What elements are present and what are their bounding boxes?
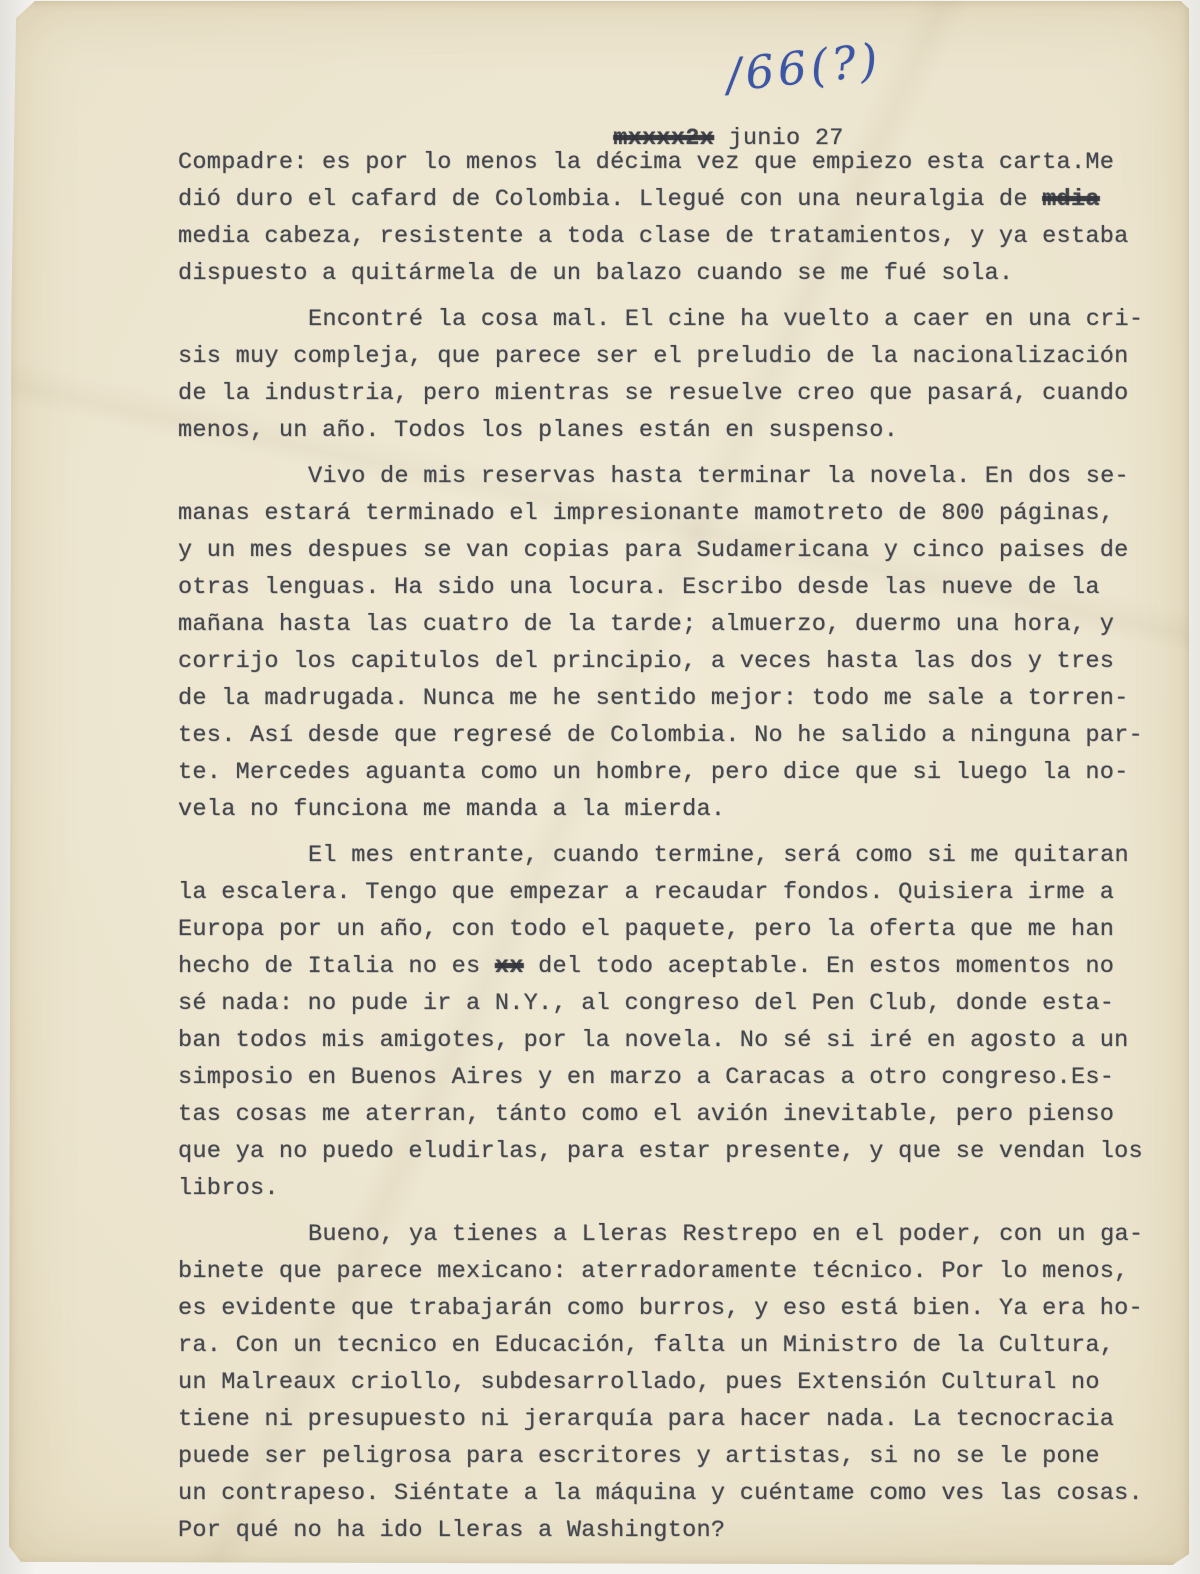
struck-out-text: mxxxx2x [613, 125, 714, 152]
letter-line: binete que parece mexicano: aterradorame… [178, 1253, 1153, 1290]
letter-paragraph: Vivo de mis reservas hasta terminar la n… [178, 458, 1153, 828]
letter-paragraph: Compadre: es por lo menos la décima vez … [178, 144, 1153, 292]
letter-paragraph: Bueno, ya tienes a Lleras Restrepo en el… [178, 1216, 1153, 1549]
letter-line: puede ser peligrosa para escritores y ar… [178, 1438, 1153, 1475]
date-line: mxxxx2x junio 27 /66(?) [178, 83, 1153, 120]
letter-line: hecho de Italia no es xx del todo acepta… [178, 948, 1153, 985]
letter-line: El mes entrante, cuando termine, será co… [178, 837, 1153, 874]
letter-line: y un mes despues se van copias para Suda… [178, 532, 1153, 569]
letter-line: corrijo los capitulos del principio, a v… [178, 643, 1153, 680]
letter-line: ra. Con un tecnico en Educación, falta u… [178, 1327, 1153, 1364]
letter-paragraph: El mes entrante, cuando termine, será co… [178, 837, 1153, 1207]
letter-paragraph: Encontré la cosa mal. El cine ha vuelto … [178, 301, 1153, 449]
letter-text-column: mxxxx2x junio 27 /66(?) Compadre: es por… [178, 83, 1153, 1549]
letter-line: media cabeza, resistente a toda clase de… [178, 218, 1153, 255]
struck-out-text: xx [495, 953, 524, 980]
letter-line: libros. [178, 1170, 1153, 1207]
letter-line: Vivo de mis reservas hasta terminar la n… [178, 458, 1153, 495]
letter-line: tas cosas me aterran, tánto como el avió… [178, 1096, 1153, 1133]
letter-line: dió duro el cafard de Colombia. Llegué c… [178, 181, 1153, 218]
letter-line: te. Mercedes aguanta como un hombre, per… [178, 754, 1153, 791]
letter-line: dispuesto a quitármela de un balazo cuan… [178, 255, 1153, 292]
letter-line: menos, un año. Todos los planes están en… [178, 412, 1153, 449]
letter-line: ban todos mis amigotes, por la novela. N… [178, 1022, 1153, 1059]
letter-page: mxxxx2x junio 27 /66(?) Compadre: es por… [9, 1, 1189, 1565]
letter-line: tiene ni presupuesto ni jerarquía para h… [178, 1401, 1153, 1438]
letter-line: un contrapeso. Siéntate a la máquina y c… [178, 1475, 1153, 1512]
letter-line: simposio en Buenos Aires y en marzo a Ca… [178, 1059, 1153, 1096]
letter-line: sé nada: no pude ir a N.Y., al congreso … [178, 985, 1153, 1022]
letter-line: Por qué no ha ido Lleras a Washington? [178, 1512, 1153, 1549]
letter-line: Bueno, ya tienes a Lleras Restrepo en el… [178, 1216, 1153, 1253]
letter-line: es evidente que trabajarán como burros, … [178, 1290, 1153, 1327]
letter-line: la escalera. Tengo que empezar a recauda… [178, 874, 1153, 911]
letter-line: sis muy compleja, que parece ser el prel… [178, 338, 1153, 375]
letter-line: manas estará terminado el impresionante … [178, 495, 1153, 532]
letter-body: Compadre: es por lo menos la décima vez … [178, 144, 1153, 1549]
letter-line: un Malreaux criollo, subdesarrollado, pu… [178, 1364, 1153, 1401]
letter-line: otras lenguas. Ha sido una locura. Escri… [178, 569, 1153, 606]
letter-line: mañana hasta las cuatro de la tarde; alm… [178, 606, 1153, 643]
handwritten-year-annotation: /66(?) [724, 41, 883, 94]
letter-line: tes. Así desde que regresé de Colombia. … [178, 717, 1153, 754]
typed-date: mxxxx2x junio 27 [613, 125, 843, 152]
letter-line: vela no funciona me manda a la mierda. [178, 791, 1153, 828]
scan-background: mxxxx2x junio 27 /66(?) Compadre: es por… [0, 0, 1200, 1574]
letter-line: de la industria, pero mientras se resuel… [178, 375, 1153, 412]
letter-line: Europa por un año, con todo el paquete, … [178, 911, 1153, 948]
letter-line: de la madrugada. Nunca me he sentido mej… [178, 680, 1153, 717]
letter-line: que ya no puedo eludirlas, para estar pr… [178, 1133, 1153, 1170]
struck-out-text: mdia [1042, 186, 1100, 213]
letter-line: Encontré la cosa mal. El cine ha vuelto … [178, 301, 1153, 338]
